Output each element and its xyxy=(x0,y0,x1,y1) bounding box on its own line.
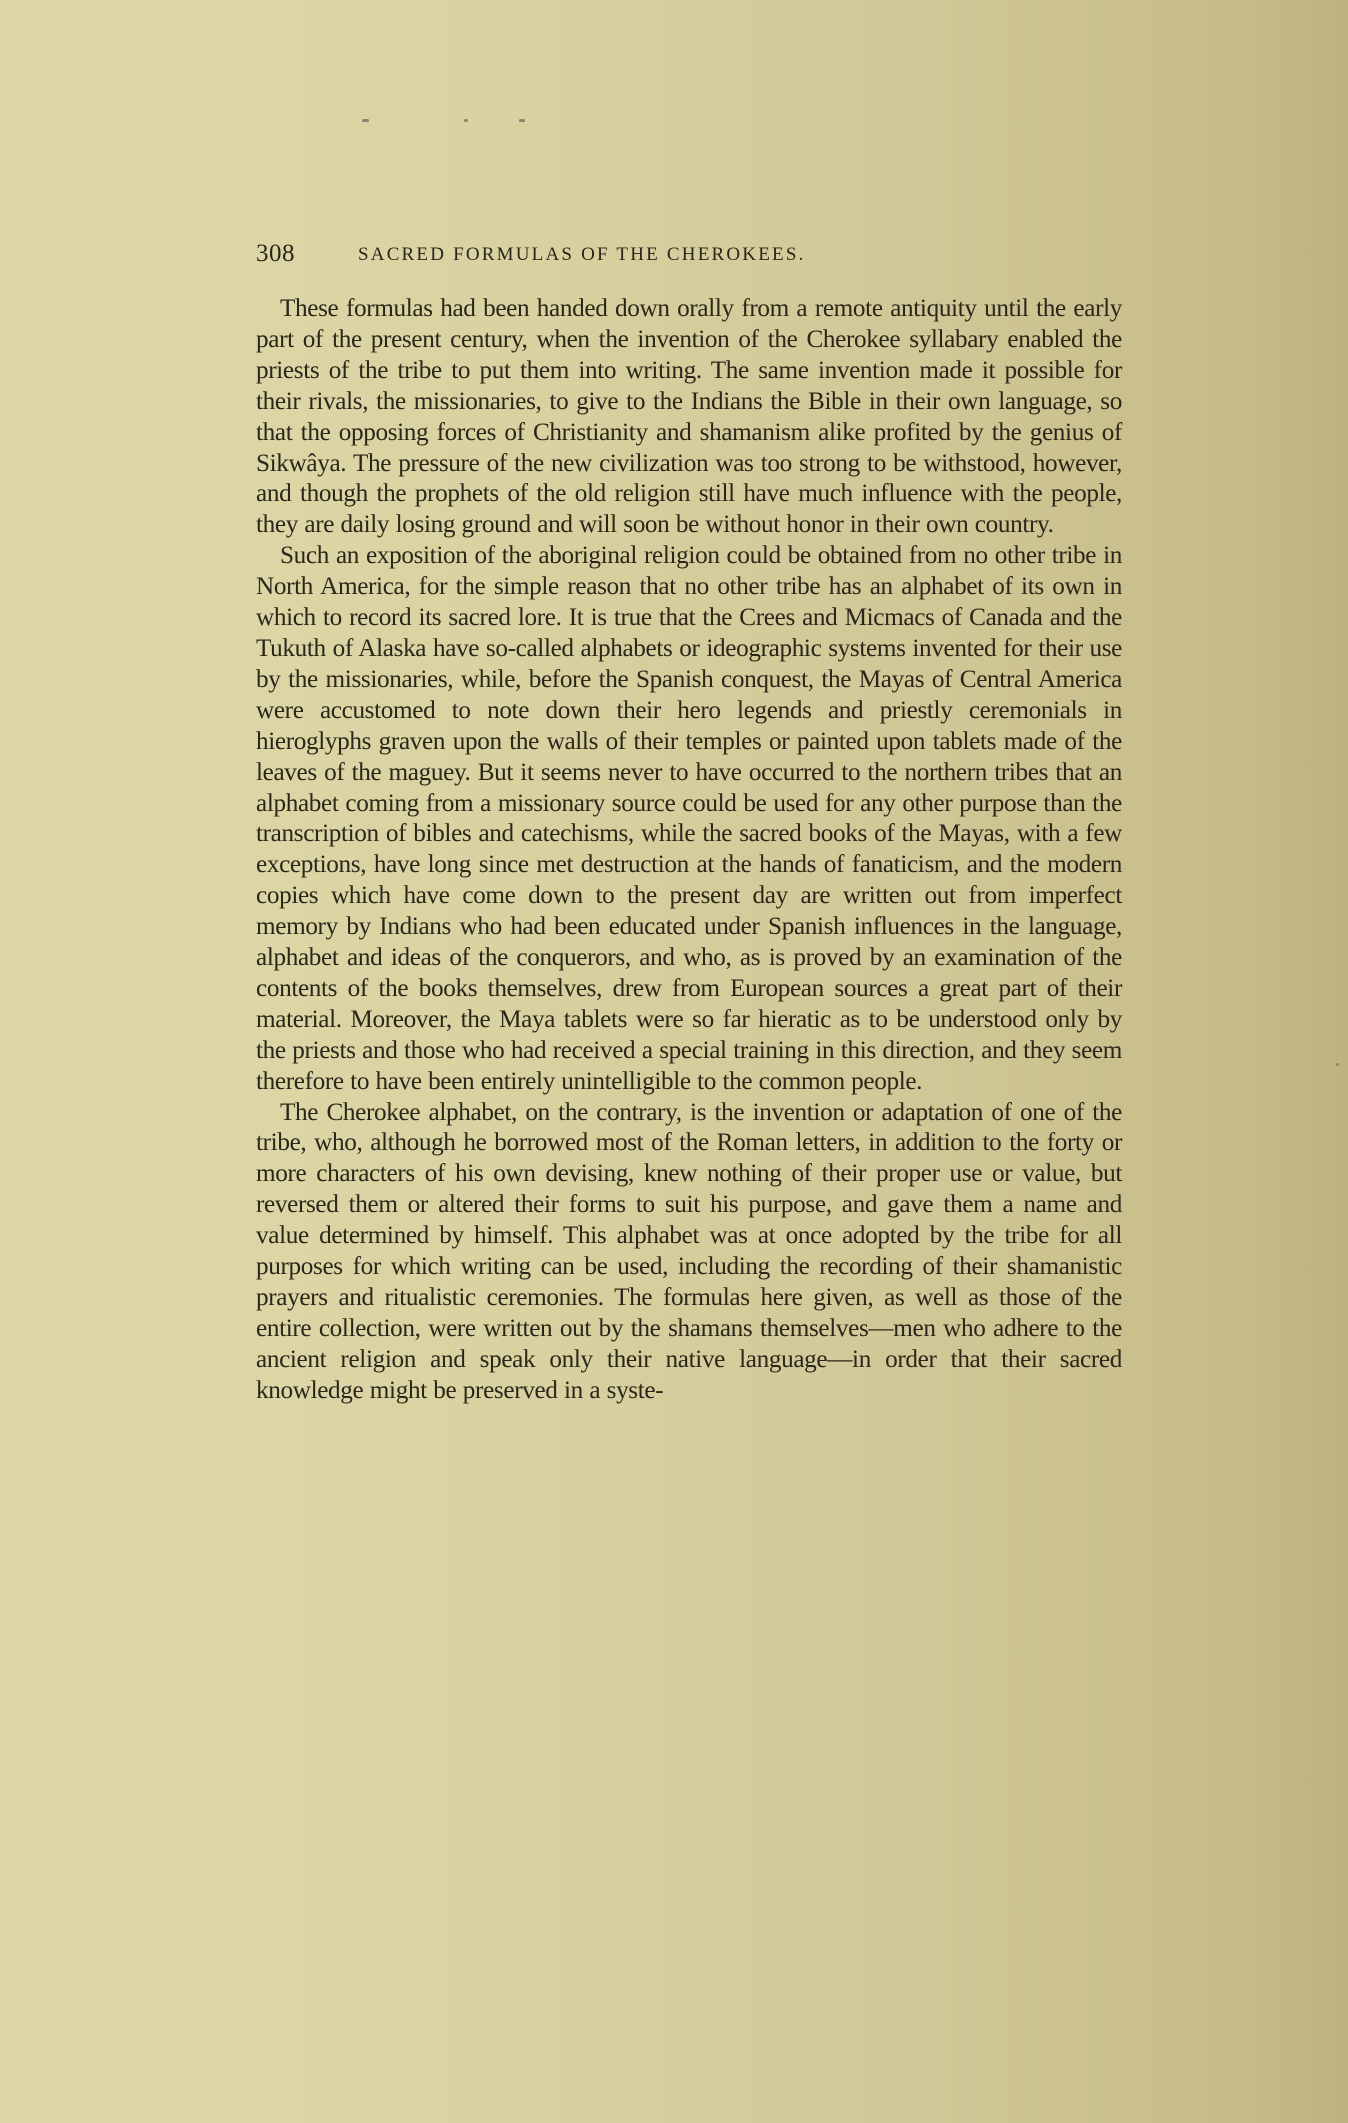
scan-speck xyxy=(362,119,369,122)
running-header: 308 SACRED FORMULAS OF THE CHEROKEES. xyxy=(256,240,1122,274)
book-page: 308 SACRED FORMULAS OF THE CHEROKEES. Th… xyxy=(256,240,1122,1407)
paragraph-1: These formulas had been handed down oral… xyxy=(256,294,1122,541)
paragraph-3: The Cherokee alphabet, on the contrary, … xyxy=(256,1098,1122,1407)
page-number: 308 xyxy=(256,240,295,268)
body-text: These formulas had been handed down oral… xyxy=(256,294,1122,1407)
scan-speck xyxy=(464,119,468,122)
scan-speck xyxy=(1336,1063,1339,1066)
paragraph-2: Such an exposition of the aboriginal rel… xyxy=(256,541,1122,1097)
scan-speck xyxy=(519,119,525,122)
running-title: SACRED FORMULAS OF THE CHEROKEES. xyxy=(358,244,806,266)
